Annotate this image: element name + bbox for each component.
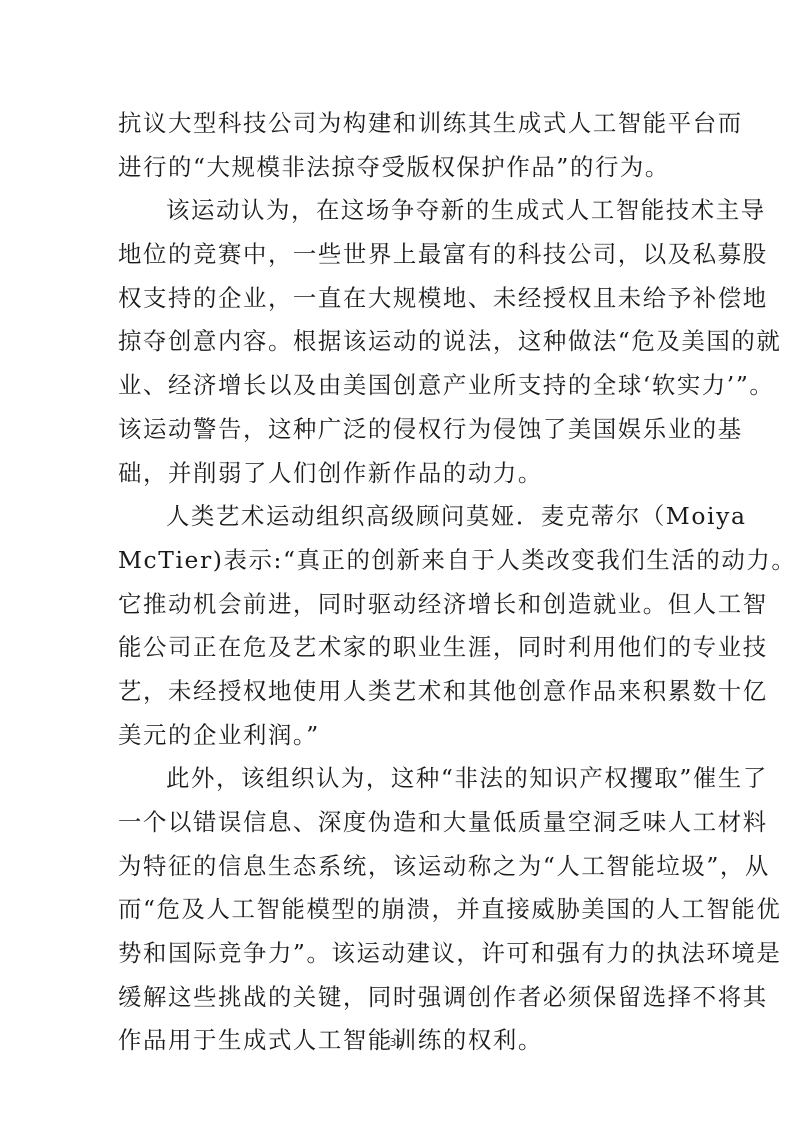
text-line: 美元的企业利润。” xyxy=(118,714,678,758)
text-line: 该运动认为，在这场争夺新的生成式人工智能技术主导 xyxy=(118,189,678,233)
text-line: 为特征的信息生态系统，该运动称之为“人工智能垃圾”，从 xyxy=(118,845,678,889)
text-line: 势和国际竞争力”。该运动建议，许可和强有力的执法环境是 xyxy=(118,932,678,976)
paragraph-1: 抗议大型科技公司为构建和训练其生成式人工智能平台而 进行的“大规模非法掠夺受版权… xyxy=(118,102,678,189)
text-line: 一个以错误信息、深度伪造和大量低质量空洞乏味人工材料 xyxy=(118,801,678,845)
text-line: 该运动警告，这种广泛的侵权行为侵蚀了美国娱乐业的基 xyxy=(118,408,678,452)
text-line: 进行的“大规模非法掠夺受版权保护作品”的行为。 xyxy=(118,146,678,190)
text-line: 能公司正在危及艺术家的职业生涯，同时利用他们的专业技 xyxy=(118,626,678,670)
text-line: 缓解这些挑战的关键，同时强调创作者必须保留选择不将其 xyxy=(118,976,678,1020)
text-line: 而“危及人工智能模型的崩溃，并直接威胁美国的人工智能优 xyxy=(118,888,678,932)
page-number: 36 xyxy=(0,1036,793,1049)
text-line: McTier)表示:“真正的创新来自于人类改变我们生活的动力。 xyxy=(118,539,678,583)
text-line: 业、经济增长以及由美国创意产业所支持的全球‘软实力’”。 xyxy=(118,364,678,408)
paragraph-4: 此外，该组织认为，这种“非法的知识产权攫取”催生了 一个以错误信息、深度伪造和大… xyxy=(118,757,678,1063)
text-line: 础，并削弱了人们创作新作品的动力。 xyxy=(118,452,678,496)
document-body: 抗议大型科技公司为构建和训练其生成式人工智能平台而 进行的“大规模非法掠夺受版权… xyxy=(118,102,678,1063)
text-line: 抗议大型科技公司为构建和训练其生成式人工智能平台而 xyxy=(118,102,678,146)
text-line: 权支持的企业，一直在大规模地、未经授权且未给予补偿地 xyxy=(118,277,678,321)
text-line: 此外，该组织认为，这种“非法的知识产权攫取”催生了 xyxy=(118,757,678,801)
text-line: 它推动机会前进，同时驱动经济增长和创造就业。但人工智 xyxy=(118,583,678,627)
text-line: 人类艺术运动组织高级顾问莫娅．麦克蒂尔（Moiya xyxy=(118,495,678,539)
text-line: 掠夺创意内容。根据该运动的说法，这种做法“危及美国的就 xyxy=(118,320,678,364)
paragraph-2: 该运动认为，在这场争夺新的生成式人工智能技术主导 地位的竞赛中，一些世界上最富有… xyxy=(118,189,678,495)
paragraph-3: 人类艺术运动组织高级顾问莫娅．麦克蒂尔（Moiya McTier)表示:“真正的… xyxy=(118,495,678,757)
text-line: 地位的竞赛中，一些世界上最富有的科技公司，以及私募股 xyxy=(118,233,678,277)
text-line: 艺，未经授权地使用人类艺术和其他创意作品来积累数十亿 xyxy=(118,670,678,714)
